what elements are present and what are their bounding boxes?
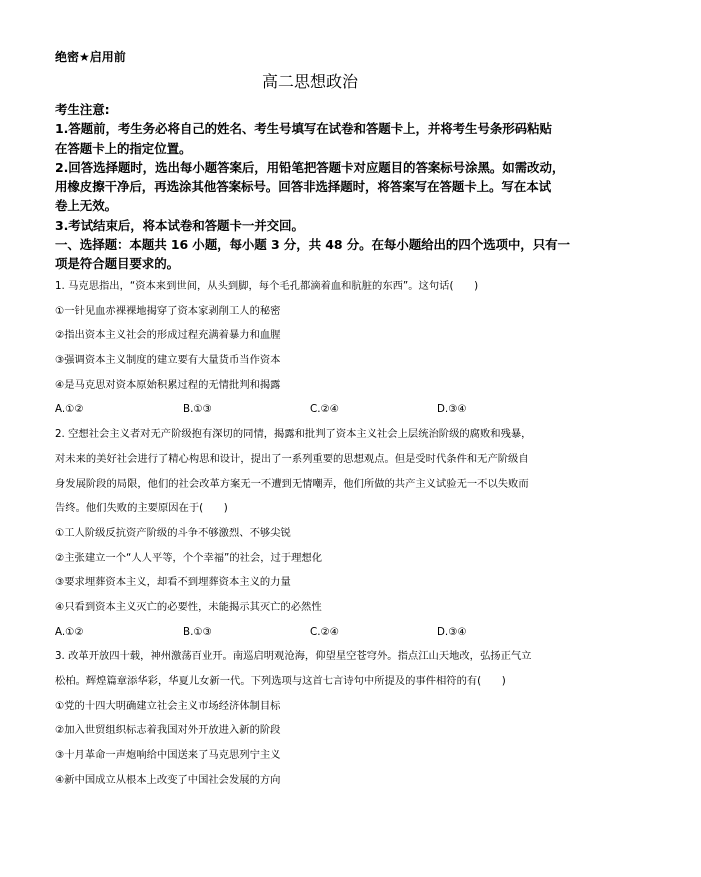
candidate-notice: 考生注意: 1.答题前，考生务必将自己的姓名、考生号填写在试卷和答题卡上，并将考… [55,100,575,274]
question-list: 1. 马克思指出，“资本来到世间，从头到脚，每个毛孔都滴着血和肮脏的东西”。这句… [55,274,575,792]
question-item: ②主张建立一个“人人平等，个个幸福”的社会，过于理想化 [55,546,575,571]
option-b: B.①③ [183,620,212,645]
question-item: ④只看到资本主义灭亡的必要性，未能揭示其灭亡的必然性 [55,595,575,620]
question-item: ②加入世贸组织标志着我国对外开放进入新的阶段 [55,718,575,743]
question-stem: 对未来的美好社会进行了精心构思和设计，提出了一系列重要的思想观点。但是受时代条件… [55,447,575,472]
question-2: 2. 空想社会主义者对无产阶级抱有深切的同情，揭露和批判了资本主义社会上层统治阶… [55,422,575,644]
option-d: D.③④ [437,620,467,645]
question-1: 1. 马克思指出，“资本来到世间，从头到脚，每个毛孔都滴着血和肮脏的东西”。这句… [55,274,575,422]
option-d: D.③④ [437,397,467,422]
option-c: C.②④ [310,620,339,645]
section-instruction: 项是符合题目要求的。 [55,254,575,273]
notice-line: 1.答题前，考生务必将自己的姓名、考生号填写在试卷和答题卡上，并将考生号条形码粘… [55,119,575,138]
question-stem: 3. 改革开放四十载，神州激荡百业开。南巡启明观沧海，仰望星空苍穹外。指点江山天… [55,644,575,669]
question-item: ①工人阶级反抗资产阶级的斗争不够激烈、不够尖锐 [55,521,575,546]
question-stem: 身发展阶段的局限，他们的社会改革方案无一不遭到无情嘲弄，他们所做的共产主义试验无… [55,472,575,497]
notice-heading: 考生注意: [55,100,575,119]
answer-options: A.①② B.①③ C.②④ D.③④ [55,397,575,422]
notice-line: 卷上无效。 [55,196,575,215]
question-item: ④是马克思对资本原始积累过程的无情批判和揭露 [55,373,575,398]
question-stem: 松柏。辉煌篇章添华彩，华夏儿女新一代。下列选项与这首七言诗句中所提及的事件相符的… [55,669,575,694]
notice-line: 3.考试结束后，将本试卷和答题卡一并交回。 [55,216,575,235]
question-3: 3. 改革开放四十载，神州激荡百业开。南巡启明观沧海，仰望星空苍穹外。指点江山天… [55,644,575,792]
question-item: ①党的十四大明确建立社会主义市场经济体制目标 [55,694,575,719]
answer-options: A.①② B.①③ C.②④ D.③④ [55,620,575,645]
exam-page: 绝密★启用前 高二思想政治 考生注意: 1.答题前，考生务必将自己的姓名、考生号… [0,0,701,877]
notice-line: 2.回答选择题时，选出每小题答案后，用铅笔把答题卡对应题目的答案标号涂黑。如需改… [55,158,575,177]
question-stem: 告终。他们失败的主要原因在于( ) [55,496,575,521]
option-a: A.①② [55,397,84,422]
question-item: ①一针见血赤裸裸地揭穿了资本家剥削工人的秘密 [55,299,575,324]
question-item: ④新中国成立从根本上改变了中国社会发展的方向 [55,768,575,793]
option-c: C.②④ [310,397,339,422]
question-item: ③要求埋葬资本主义，却看不到埋葬资本主义的力量 [55,570,575,595]
question-item: ②指出资本主义社会的形成过程充满着暴力和血腥 [55,323,575,348]
confidential-label: 绝密★启用前 [55,49,126,65]
question-item: ③十月革命一声炮响给中国送来了马克思列宁主义 [55,743,575,768]
notice-line: 在答题卡上的指定位置。 [55,139,575,158]
question-stem: 1. 马克思指出，“资本来到世间，从头到脚，每个毛孔都滴着血和肮脏的东西”。这句… [55,274,575,299]
option-a: A.①② [55,620,84,645]
question-stem: 2. 空想社会主义者对无产阶级抱有深切的同情，揭露和批判了资本主义社会上层统治阶… [55,422,575,447]
question-item: ③强调资本主义制度的建立要有大量货币当作资本 [55,348,575,373]
section-instruction: 一、选择题：本题共 16 小题，每小题 3 分，共 48 分。在每小题给出的四个… [55,235,575,254]
option-b: B.①③ [183,397,212,422]
exam-title: 高二思想政治 [0,71,620,93]
notice-line: 用橡皮擦干净后，再选涂其他答案标号。回答非选择题时，将答案写在答题卡上。写在本试 [55,177,575,196]
